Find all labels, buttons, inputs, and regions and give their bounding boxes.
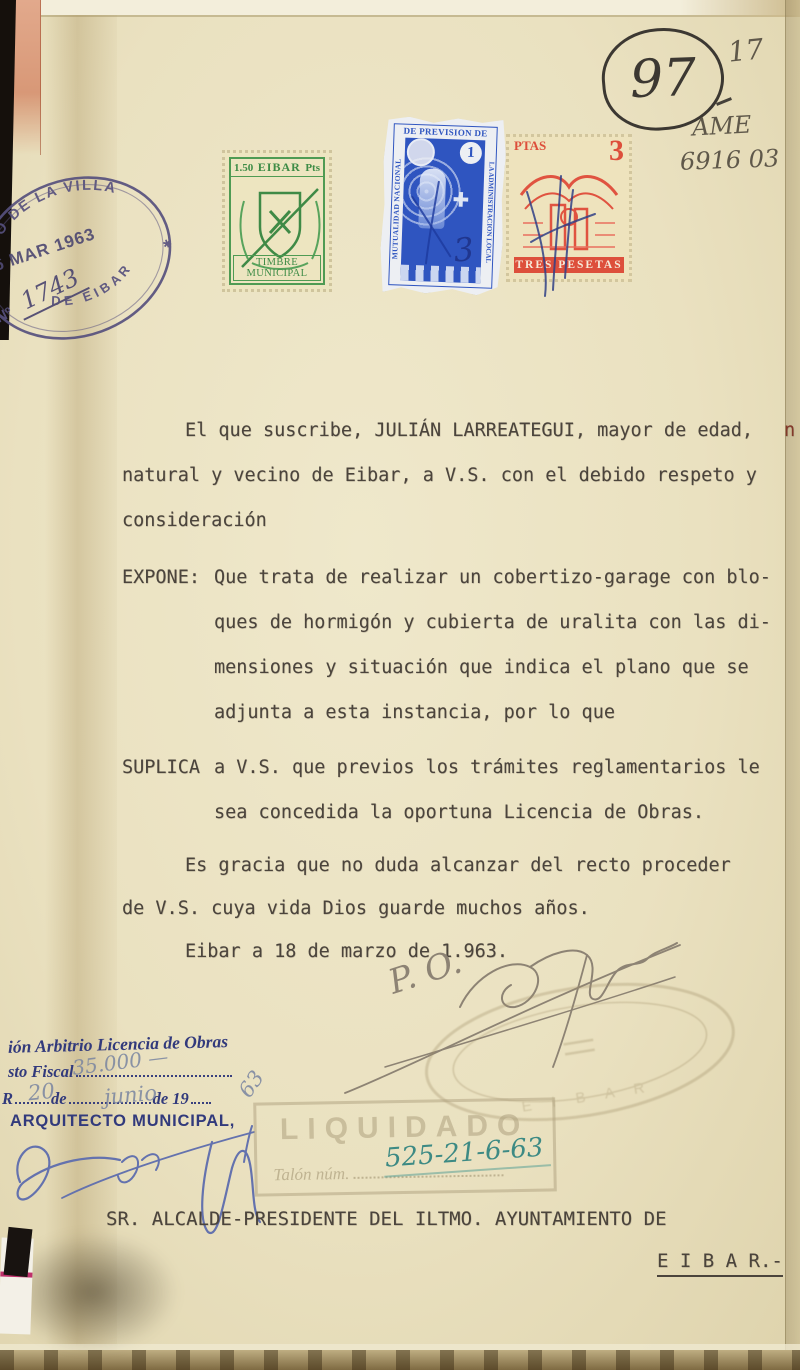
letter-line: sea concedida la oportuna Licencia de Ob… xyxy=(214,802,704,823)
corner-shadow xyxy=(8,1232,178,1352)
green-stamp-currency: Pts xyxy=(305,162,320,174)
red-stamp-header: PTAS 3 xyxy=(509,137,629,164)
form-fiscal-label: sto Fiscal xyxy=(8,1062,74,1081)
letter-line: ques de hormigón y cubierta de uralita c… xyxy=(214,612,771,633)
corner-page-number: 17 xyxy=(726,32,765,69)
red-stamp-currency: PTAS xyxy=(514,138,546,154)
green-stamp-header: 1.50 EIBAR Pts xyxy=(231,159,323,177)
addressee-line: SR. ALCALDE-PRESIDENTE DEL ILTMO. AYUNTA… xyxy=(106,1208,667,1230)
date-month-handwritten: junio xyxy=(103,1081,158,1110)
page-right-edge xyxy=(785,0,800,1370)
municipal-tax-stamp-green: 1.50 EIBAR Pts TIMBRE MUNICIPAL xyxy=(222,150,332,292)
letter-line: mensiones y situación que indica el plan… xyxy=(214,657,749,678)
pesetas-stamp-red: PTAS 3 TRES PESETAS xyxy=(506,134,632,282)
addressee-city: E I B A R.- xyxy=(657,1250,783,1277)
form-de2: de 19 xyxy=(153,1089,189,1108)
form-date-prefix: R xyxy=(2,1089,13,1108)
date-day-handwritten: 20 xyxy=(27,1079,56,1106)
dotted-line xyxy=(191,1090,211,1104)
red-stamp-value: 3 xyxy=(609,138,624,164)
edge-character: n xyxy=(784,420,795,441)
green-stamp-city: EIBAR xyxy=(258,160,301,175)
date-year-handwritten: 63 xyxy=(234,1066,269,1102)
mutualidad-stamp-blue: DE PREVISION DE MUTUALIDAD NACIONAL LA A… xyxy=(379,116,507,296)
expone-label: EXPONE: xyxy=(122,567,200,588)
letter-line: El que suscribe, JULIÁN LARREATEGUI, may… xyxy=(185,420,753,441)
green-stamp-frame: 1.50 EIBAR Pts TIMBRE MUNICIPAL xyxy=(229,157,325,285)
folio-number: 97 xyxy=(629,48,697,110)
scanned-document-page: 97 17 AME 6916 03 1.50 EIBAR Pts TIMBRE … xyxy=(0,0,800,1370)
ink-scribble-red-stamp xyxy=(509,164,635,312)
letter-line: Que trata de realizar un cobertizo-garag… xyxy=(214,567,771,588)
table-surface xyxy=(0,1350,800,1370)
talon-label: Talón núm. xyxy=(273,1164,349,1184)
page-top-right-corner xyxy=(680,0,800,17)
green-stamp-value: 1.50 xyxy=(234,162,253,174)
suplica-label: SUPLICA xyxy=(122,757,200,778)
letter-line: natural y vecino de Eibar, a V.S. con el… xyxy=(122,465,757,486)
ink-scribble-blue-stamp xyxy=(379,116,507,296)
green-stamp-caption: TIMBRE MUNICIPAL xyxy=(233,255,321,281)
letter-line: consideración xyxy=(122,510,267,531)
letter-line: adjunta a esta instancia, por lo que xyxy=(214,702,615,723)
letter-line: a V.S. que previos los trámites reglamen… xyxy=(214,757,760,778)
table-surface-pattern xyxy=(0,1350,800,1370)
archive-code-line2: 6916 03 xyxy=(680,144,780,175)
archive-code-line1: AME xyxy=(691,110,752,141)
binding-notch xyxy=(4,1227,33,1277)
registry-rubber-stamp: MIENTO DE LA VILLA DE EIBAR ✱ 26 MAR 196… xyxy=(0,138,204,379)
letter-line: Es gracia que no duda alcanzar del recto… xyxy=(185,855,731,876)
